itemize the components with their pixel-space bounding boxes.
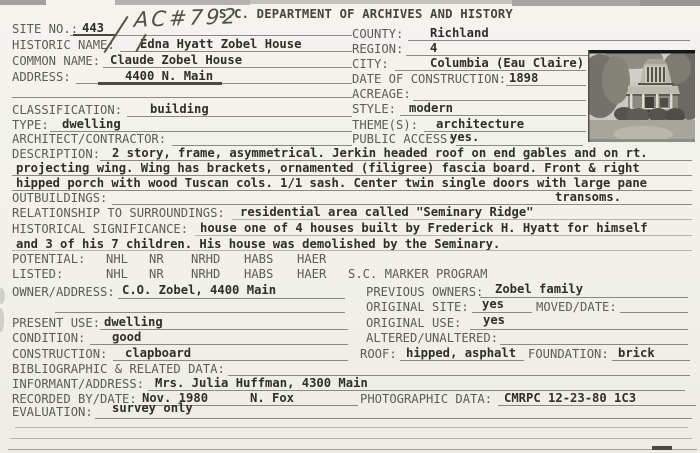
relationship-value: residential area called "Seminary Ridge" xyxy=(240,206,534,219)
scan-artifact xyxy=(98,82,222,85)
listed-item-habs: HABS xyxy=(244,268,273,281)
potential-label: POTENTIAL: xyxy=(12,253,85,266)
historic-name-value: Edna Hyatt Zobel House xyxy=(140,38,301,51)
condition-value: good xyxy=(112,331,141,344)
description-label: DESCRIPTION: xyxy=(12,148,100,161)
scan-artifact xyxy=(640,0,700,6)
classification-label: CLASSIFICATION: xyxy=(12,104,122,117)
moved-date-label: MOVED/DATE: xyxy=(536,301,617,314)
classification-value: building xyxy=(150,103,209,116)
informant-value: Mrs. Julia Huffman, 4300 Main xyxy=(155,377,368,390)
potential-item-haer: HAER xyxy=(297,253,326,266)
informant-label: INFORMANT/ADDRESS: xyxy=(12,378,144,391)
roof-value: hipped, asphalt xyxy=(406,347,516,360)
house-photo-image xyxy=(588,50,695,142)
condition-label: CONDITION: xyxy=(12,332,85,345)
foundation-value: brick xyxy=(618,347,655,360)
public-access-label: PUBLIC ACCESS: xyxy=(352,133,455,146)
potential-item-nr: NR xyxy=(149,253,164,266)
region-value: 4 xyxy=(430,42,437,55)
scan-artifact xyxy=(250,0,512,4)
date-of-construction-value: 1898 xyxy=(509,72,538,85)
site-photo xyxy=(588,50,695,142)
address-label: ADDRESS: xyxy=(12,71,71,84)
description-line1: 2 story, frame, asymmetrical. Jerkin hea… xyxy=(112,147,648,160)
construction-label: CONSTRUCTION: xyxy=(12,348,107,361)
handwritten-ac-number: AC#792 xyxy=(134,10,240,27)
site-no-label: SITE NO.: xyxy=(12,22,78,36)
scan-artifact xyxy=(0,288,5,304)
common-name-value: Claude Zobel House xyxy=(110,54,242,67)
potential-item-habs: HABS xyxy=(244,253,273,266)
public-access-value: yes. xyxy=(450,131,479,144)
architect-label: ARCHITECT/CONTRACTOR: xyxy=(12,133,166,146)
owner-address-value: C.O. Zobel, 4400 Main xyxy=(122,284,276,297)
original-use-value: yes xyxy=(483,314,505,327)
description-line4: transoms. xyxy=(555,191,621,204)
type-value: dwelling xyxy=(62,118,121,131)
historical-significance-line1: house one of 4 houses built by Frederick… xyxy=(200,222,648,235)
relationship-label: RELATIONSHIP TO SURROUNDINGS: xyxy=(12,207,225,220)
city-value: Columbia (Eau Claire) xyxy=(430,57,584,70)
scan-artifact xyxy=(0,0,46,5)
marker-program-label: S.C. MARKER PROGRAM xyxy=(348,268,487,281)
construction-value: clapboard xyxy=(125,347,191,360)
scan-artifact xyxy=(512,0,640,6)
evaluation-label: EVALUATION: xyxy=(12,406,93,419)
historical-significance-label: HISTORICAL SIGNIFICANCE: xyxy=(12,223,188,236)
foundation-label: FOUNDATION: xyxy=(528,348,609,361)
date-of-construction-label: DATE OF CONSTRUCTION: xyxy=(352,73,506,86)
photographic-data-label: PHOTOGRAPHIC DATA: xyxy=(360,393,492,406)
type-label: TYPE: xyxy=(12,119,49,132)
potential-item-nrhd: NRHD xyxy=(191,253,220,266)
evaluation-value: survey only xyxy=(112,402,193,415)
original-site-value: yes xyxy=(482,298,504,311)
previous-owners-value: Zobel family xyxy=(495,283,583,296)
original-use-label: ORIGINAL USE: xyxy=(366,317,461,330)
scan-artifact xyxy=(652,446,672,450)
description-line2: projecting wing. Wing has brackets, orna… xyxy=(16,162,640,175)
altered-label: ALTERED/UNALTERED: xyxy=(366,332,498,345)
acreage-label: ACREAGE: xyxy=(352,88,411,101)
city-label: CITY: xyxy=(352,58,389,71)
county-label: COUNTY: xyxy=(352,28,403,41)
survey-form-scan: S.C. DEPARTMENT OF ARCHIVES AND HISTORY … xyxy=(0,0,700,453)
potential-item-nhl: NHL xyxy=(106,253,128,266)
description-line3: hipped porch with wood Tuscan cols. 1/1 … xyxy=(16,177,647,190)
present-use-label: PRESENT USE: xyxy=(12,317,100,330)
field-site-no: SITE NO.: xyxy=(12,23,78,36)
listed-label: LISTED: xyxy=(12,268,63,281)
county-value: Richland xyxy=(430,27,489,40)
outbuildings-label: OUTBUILDINGS: xyxy=(12,192,107,205)
original-site-label: ORIGINAL SITE: xyxy=(366,301,469,314)
common-name-label: COMMON NAME: xyxy=(12,55,100,68)
region-label: REGION: xyxy=(352,43,403,56)
present-use-value: dwelling xyxy=(104,316,163,329)
photographic-data-value: CMRPC 12-23-80 1C3 xyxy=(504,392,636,405)
page-title: S.C. DEPARTMENT OF ARCHIVES AND HISTORY xyxy=(219,8,513,21)
listed-item-haer: HAER xyxy=(297,268,326,281)
owner-address-label: OWNER/ADDRESS: xyxy=(12,286,115,299)
roof-label: ROOF: xyxy=(360,348,397,361)
listed-item-nr: NR xyxy=(149,268,164,281)
recorded-by-name: N. Fox xyxy=(250,392,294,405)
bibliographic-label: BIBLIOGRAPHIC & RELATED DATA: xyxy=(12,363,225,376)
scan-artifact xyxy=(0,308,4,332)
previous-owners-label: PREVIOUS OWNERS: xyxy=(366,286,483,299)
listed-item-nrhd: NRHD xyxy=(191,268,220,281)
listed-item-nhl: NHL xyxy=(106,268,128,281)
style-label: STYLE: xyxy=(352,103,396,116)
historic-name-label: HISTORIC NAME: xyxy=(12,39,115,52)
themes-label: THEME(S): xyxy=(352,119,418,132)
style-value: modern xyxy=(409,102,453,115)
